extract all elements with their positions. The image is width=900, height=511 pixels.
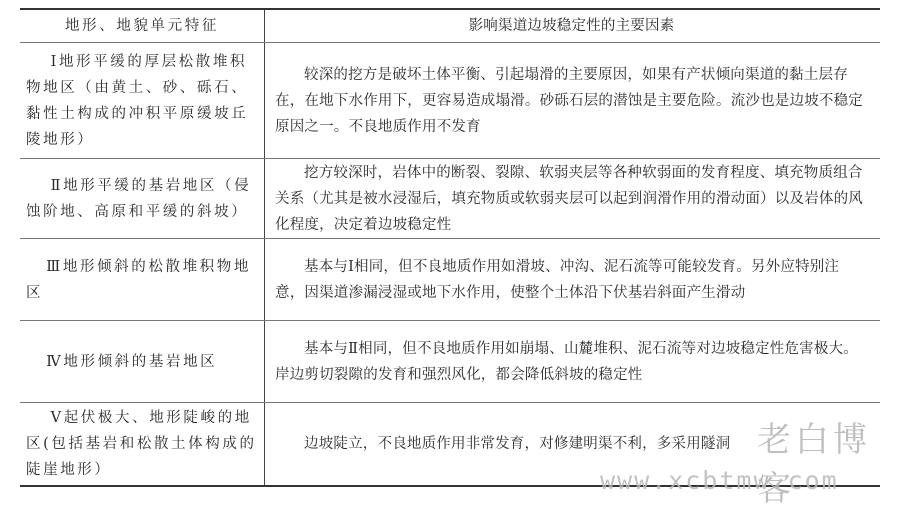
table-header-row: 地形、地貌单元特征 影响渠道边坡稳定性的主要因素 [20, 10, 880, 43]
terrain-slope-stability-table: 地形、地貌单元特征 影响渠道边坡稳定性的主要因素 Ⅰ地形平缓的厚层松散堆积物地区… [20, 8, 880, 487]
table-row: Ⅰ地形平缓的厚层松散堆积物地区（由黄土、砂、砾石、黏性土构成的冲积平原缓坡丘陵地… [20, 43, 880, 159]
watermark-url: www.xcbtmw.com [600, 466, 839, 495]
terrain-cell: Ⅴ起伏极大、地形陡峻的地区(包括基岩和松散土体构成的陡崖地形） [20, 403, 265, 485]
terrain-cell: Ⅱ地形平缓的基岩地区（侵蚀阶地、高原和平缓的斜坡） [20, 159, 265, 238]
terrain-cell: Ⅳ地形倾斜的基岩地区 [20, 321, 265, 402]
terrain-cell: Ⅰ地形平缓的厚层松散堆积物地区（由黄土、砂、砾石、黏性土构成的冲积平原缓坡丘陵地… [20, 43, 265, 158]
header-factors: 影响渠道边坡稳定性的主要因素 [265, 10, 880, 42]
factors-cell: 基本与Ⅰ相同，但不良地质作用如滑坡、冲沟、泥石流等可能较发育。另外应特别注意，因… [265, 239, 880, 320]
table-row: Ⅳ地形倾斜的基岩地区 基本与Ⅱ相同，但不良地质作用如崩塌、山麓堆积、泥石流等对边… [20, 321, 880, 403]
factors-cell: 挖方较深时，岩体中的断裂、裂隙、软弱夹层等各种软弱面的发育程度、填充物质组合关系… [265, 159, 880, 238]
factors-cell: 基本与Ⅱ相同，但不良地质作用如崩塌、山麓堆积、泥石流等对边坡稳定性危害极大。岸边… [265, 321, 880, 402]
watermark-name: 老白博客 [757, 412, 900, 510]
terrain-cell: Ⅲ地形倾斜的松散堆积物地区 [20, 239, 265, 320]
table-row: Ⅱ地形平缓的基岩地区（侵蚀阶地、高原和平缓的斜坡） 挖方较深时，岩体中的断裂、裂… [20, 159, 880, 239]
header-terrain: 地形、地貌单元特征 [20, 10, 265, 42]
factors-cell: 较深的挖方是破坏土体平衡、引起塌滑的主要原因，如果有产状倾向渠道的黏土层存在，在… [265, 43, 880, 158]
table-row: Ⅲ地形倾斜的松散堆积物地区 基本与Ⅰ相同，但不良地质作用如滑坡、冲沟、泥石流等可… [20, 239, 880, 321]
